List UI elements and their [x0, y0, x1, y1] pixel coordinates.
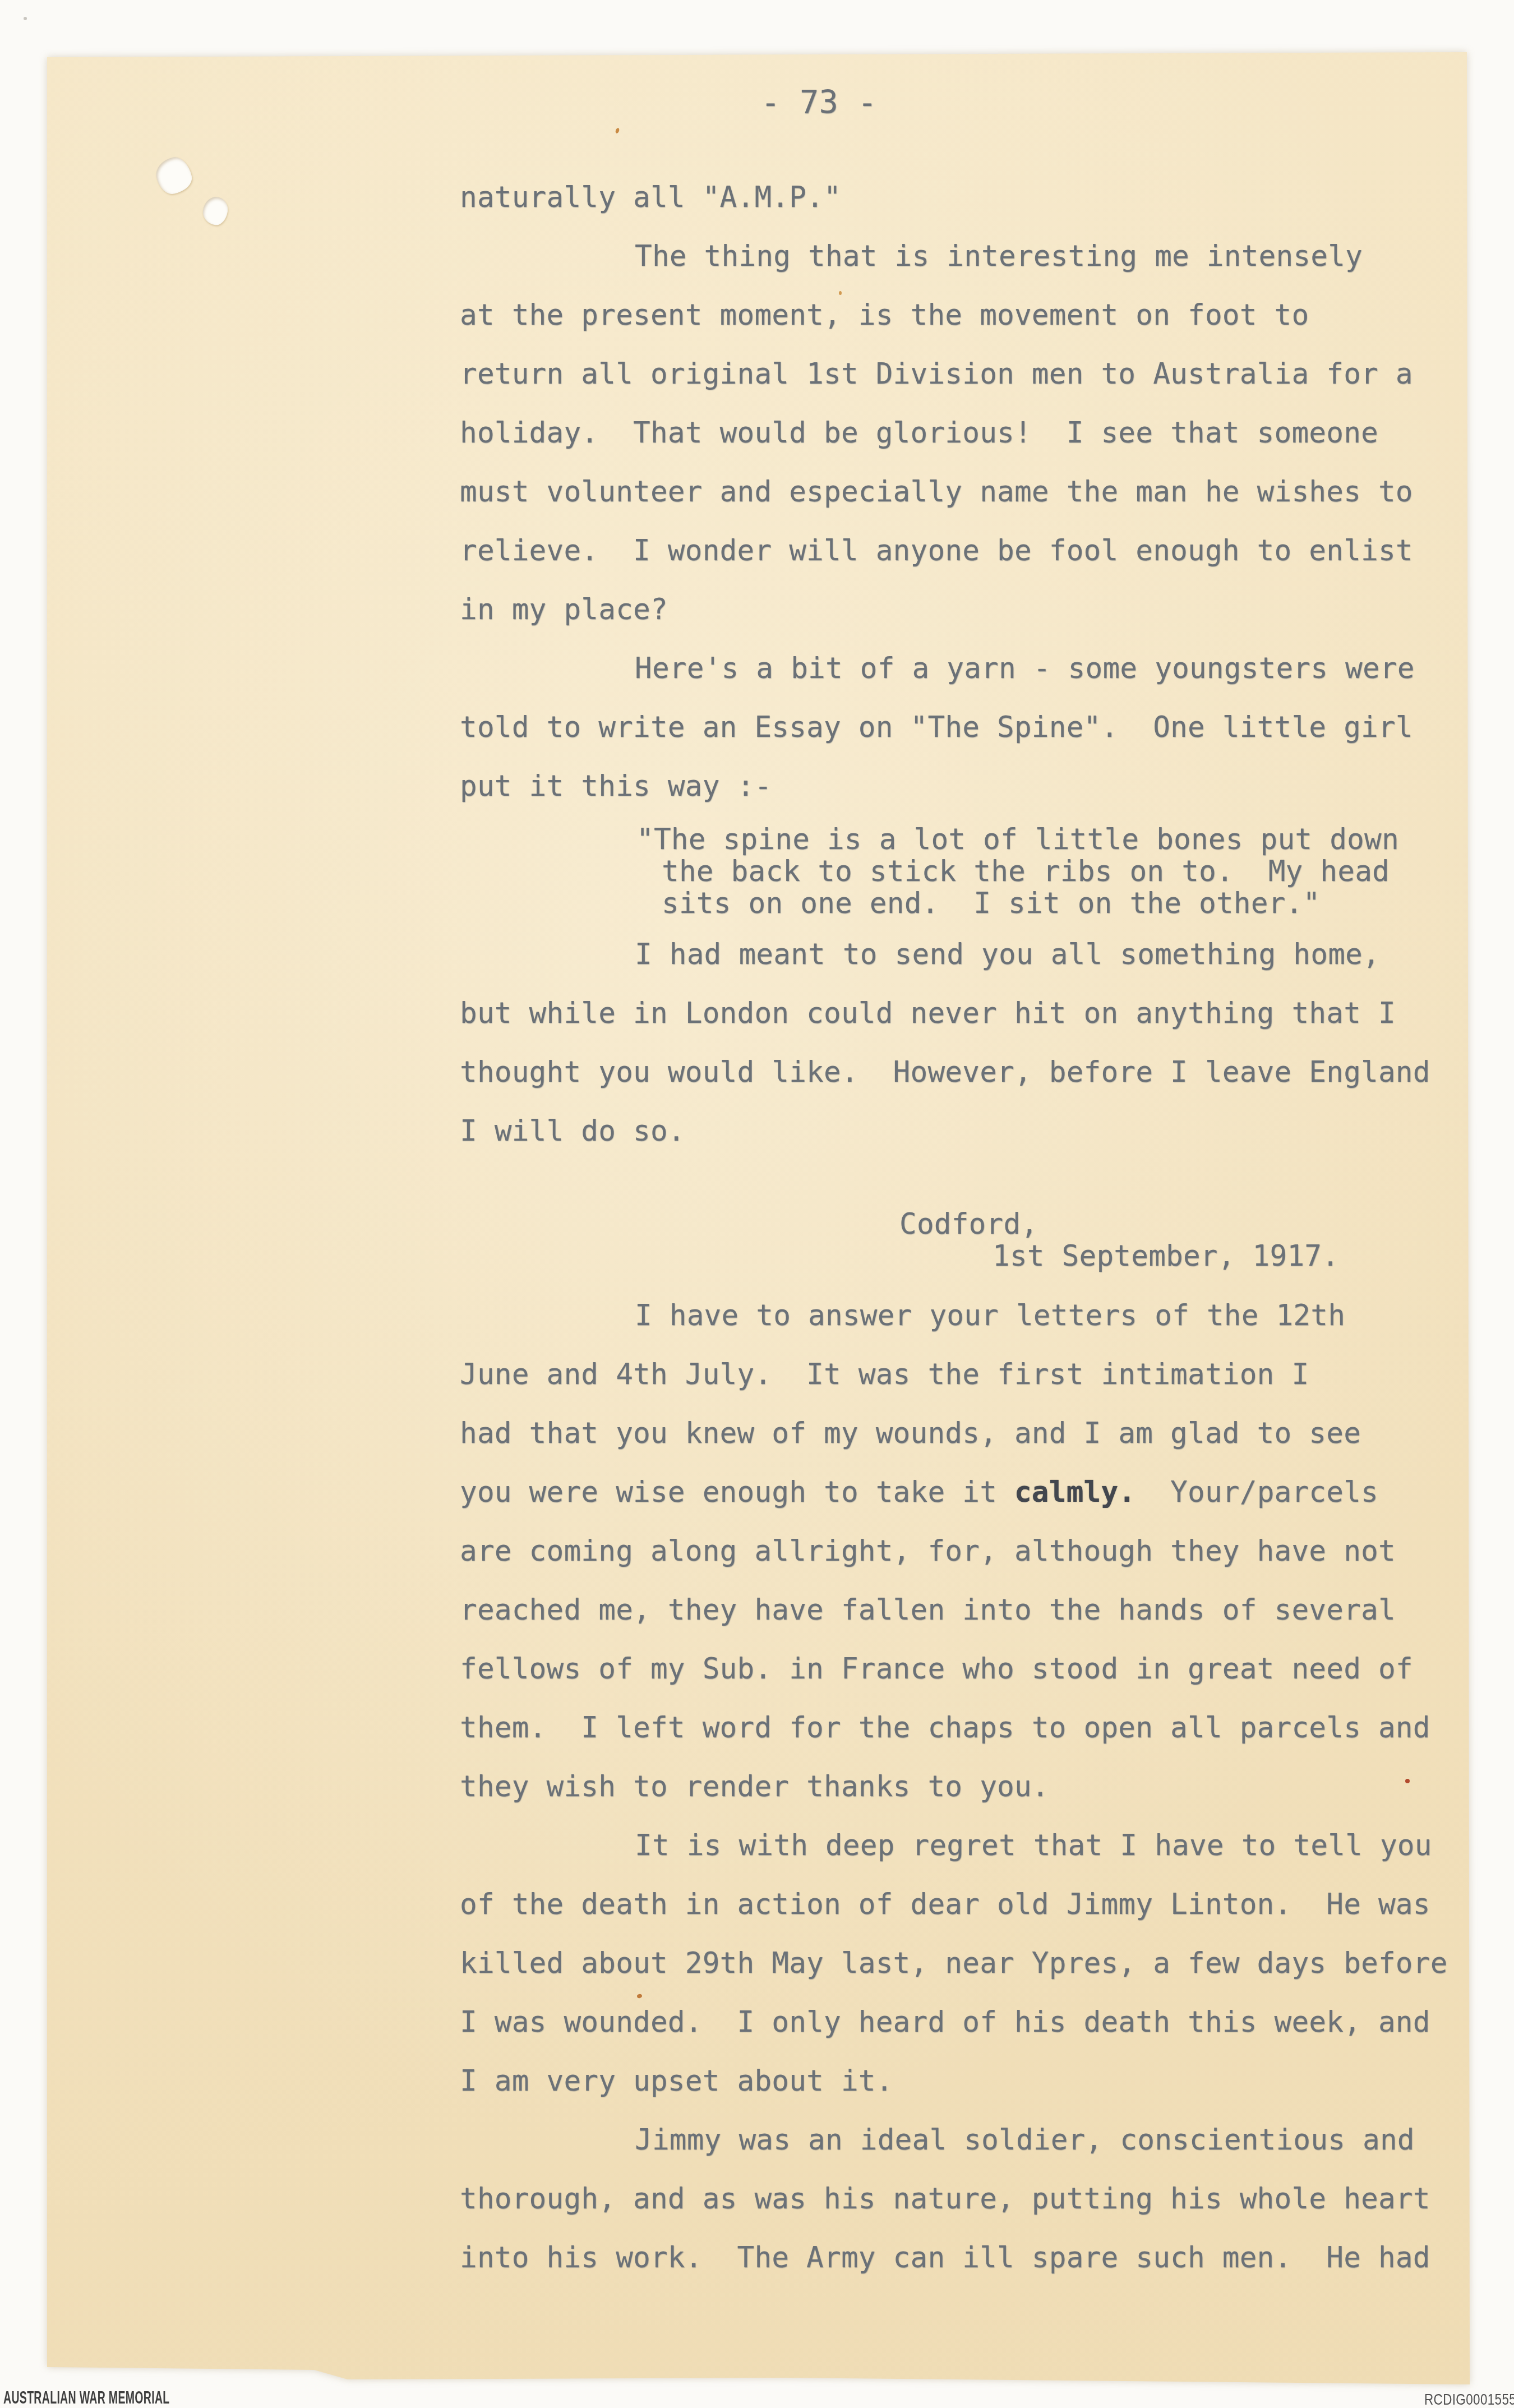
paper-sheet-wrap: - 73 - naturally all "A.M.P."The thing t… [0, 0, 1514, 2408]
letter-line: fellows of my Sub. in France who stood i… [460, 1640, 1469, 1699]
letter-line: at the present moment, is the movement o… [460, 286, 1469, 345]
letter-line: naturally all "A.M.P." [460, 168, 1469, 227]
letter-line: June and 4th July. It was the first inti… [460, 1345, 1469, 1404]
letter-line: into his work. The Army can ill spare su… [460, 2229, 1469, 2287]
letter-line: I will do so. [460, 1102, 1469, 1161]
letter-line: in my place? [460, 580, 1469, 639]
letter-block-para: Jimmy was an ideal soldier, conscientiou… [460, 2111, 1469, 2287]
letter-line: 1st September, 1917. [460, 1240, 1469, 1272]
letter-line: Codford, [460, 1208, 1469, 1240]
letter-paper-sheet: - 73 - naturally all "A.M.P."The thing t… [0, 0, 1514, 2408]
letter-line: relieve. I wonder will anyone be fool en… [460, 522, 1469, 580]
letter-line: they wish to render thanks to you. [460, 1757, 1469, 1816]
letter-line: I am very upset about it. [460, 2052, 1469, 2111]
scanned-document: - 73 - naturally all "A.M.P."The thing t… [0, 0, 1514, 2408]
letter-line: told to write an Essay on "The Spine". O… [460, 698, 1469, 757]
letter-line: the back to stick the ribs on to. My hea… [662, 856, 1469, 888]
letter-line: The thing that is interesting me intense… [460, 227, 1469, 286]
letter-text: Your/parcels [1135, 1476, 1378, 1509]
paper-damage-hole [153, 154, 195, 196]
letter-block-para: Here's a bit of a yarn - some youngsters… [460, 639, 1469, 816]
letter-line: thorough, and as was his nature, putting… [460, 2170, 1469, 2229]
letter-line: Jimmy was an ideal soldier, conscientiou… [460, 2111, 1469, 2170]
letter-block-para: It is with deep regret that I have to te… [460, 1816, 1469, 2111]
letter-line: "The spine is a lot of little bones put … [662, 824, 1469, 856]
letter-line: but while in London could never hit on a… [460, 984, 1469, 1043]
letter-line: must volunteer and especially name the m… [460, 463, 1469, 522]
letter-line: are coming along allright, for, although… [460, 1522, 1469, 1581]
footer-archive-name: AUSTRALIAN WAR MEMORIAL [3, 2388, 170, 2407]
letter-block-para: I have to answer your letters of the 12t… [460, 1286, 1469, 1816]
overstruck-word: calmly. [1014, 1476, 1135, 1509]
page-number: - 73 - [761, 84, 877, 121]
letter-body: naturally all "A.M.P."The thing that is … [460, 168, 1469, 2287]
letter-line: I have to answer your letters of the 12t… [460, 1286, 1469, 1345]
letter-line: put it this way :- [460, 757, 1469, 816]
letter-line: sits on one end. I sit on the other." [662, 888, 1469, 920]
scan-dust-speck [24, 17, 27, 20]
letter-text: you were wise enough to take it [460, 1476, 1014, 1509]
letter-block-cont: naturally all "A.M.P." [460, 168, 1469, 227]
paper-damage-hole [201, 195, 230, 227]
letter-line: reached me, they have fallen into the ha… [460, 1581, 1469, 1640]
letter-line: had that you knew of my wounds, and I am… [460, 1404, 1469, 1463]
letter-line: return all original 1st Division men to … [460, 345, 1469, 404]
letter-block-dateline: Codford,1st September, 1917. [460, 1208, 1469, 1272]
paper-speck [615, 127, 620, 133]
letter-line: holiday. That would be glorious! I see t… [460, 404, 1469, 463]
letter-line: you were wise enough to take it calmly. … [460, 1463, 1469, 1522]
letter-line: killed about 29th May last, near Ypres, … [460, 1934, 1469, 1993]
letter-line: of the death in action of dear old Jimmy… [460, 1875, 1469, 1934]
letter-line: Here's a bit of a yarn - some youngsters… [460, 639, 1469, 698]
footer-reference-id: RCDIG0001555 [1424, 2391, 1514, 2408]
letter-block-para: I had meant to send you all something ho… [460, 925, 1469, 1161]
letter-line: thought you would like. However, before … [460, 1043, 1469, 1102]
letter-line: It is with deep regret that I have to te… [460, 1816, 1469, 1875]
letter-block-para: The thing that is interesting me intense… [460, 227, 1469, 639]
letter-line: I was wounded. I only heard of his death… [460, 1993, 1469, 2052]
letter-line: I had meant to send you all something ho… [460, 925, 1469, 984]
letter-block-quote: "The spine is a lot of little bones put … [460, 824, 1469, 920]
letter-line: them. I left word for the chaps to open … [460, 1699, 1469, 1757]
